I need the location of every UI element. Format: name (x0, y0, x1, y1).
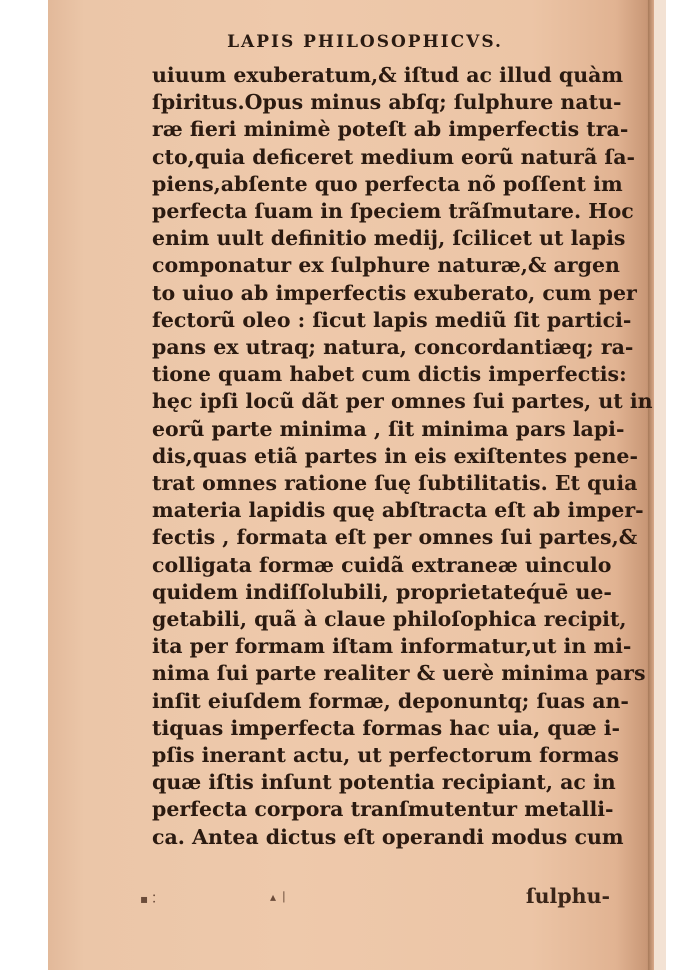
text-line: pſis inerant actu, ut perfectorum formas (152, 742, 610, 769)
text-line: eorũ parte minima , ſit minima pars lapi… (152, 416, 610, 443)
signature-mark: ▴ ᛁ (270, 890, 287, 904)
text-line: getabili, quã à claue philoſophica recip… (152, 606, 610, 633)
signature-mark: ▪︰ (140, 890, 160, 907)
text-line: ita per formam iſtam informatur,ut in mi… (152, 633, 610, 660)
text-line: uiuum exuberatum,& iſtud ac illud quàm (152, 62, 610, 89)
text-line: pans ex utraq; natura, concordantiæq; ra… (152, 334, 610, 361)
text-line: ræ fieri minimè poteſt ab imperfectis tr… (152, 116, 610, 143)
text-line: nima ſui parte realiter & uerè minima pa… (152, 660, 610, 687)
text-line: perfecta corpora tranſmutentur metalli- (152, 796, 610, 823)
text-line: cto,quia deficeret medium eorũ naturã ſa… (152, 144, 610, 171)
text-line: piens,abſente quo perfecta nõ poſſent im (152, 171, 610, 198)
text-line: hęc ipſi locũ dãt per omnes ſui partes, … (152, 388, 610, 415)
text-line: colligata formæ cuidã extraneæ uinculo (152, 552, 610, 579)
text-line: to uiuo ab imperfectis exuberato, cum pe… (152, 280, 610, 307)
text-line: tione quam habet cum dictis imperfectis: (152, 361, 610, 388)
page-footer: ▪︰ ▴ ᛁ ſulphu- (140, 884, 610, 914)
adjacent-page-edge: l i t l l r a t I u r i p f n i u c m l … (654, 0, 666, 970)
text-line: fectorũ oleo : ſicut lapis mediũ ſit par… (152, 307, 610, 334)
running-head: LAPIS PHILOSOPHICVS. (0, 32, 690, 52)
text-line: materia lapidis quę abſtracta eſt ab imp… (152, 497, 610, 524)
text-line: quæ iſtis inſunt potentia recipiant, ac … (152, 769, 610, 796)
text-line: trat omnes ratione ſuę ſubtilitatis. Et … (152, 470, 610, 497)
text-line: dis,quas etiã partes in eis exiſtentes p… (152, 443, 610, 470)
text-line: inſit eiuſdem formæ, deponuntq; ſuas an- (152, 688, 610, 715)
text-line: enim uult definitio medij, ſcilicet ut l… (152, 225, 610, 252)
text-line: tiquas imperfecta formas hac uia, quæ i- (152, 715, 610, 742)
text-line: fectis , formata eſt per omnes ſui parte… (152, 524, 610, 551)
text-line: ſpiritus.Opus minus abſq; ſulphure natu- (152, 89, 610, 116)
page-body-text: uiuum exuberatum,& iſtud ac illud quàm ſ… (152, 62, 610, 851)
catchword: ſulphu- (526, 884, 610, 908)
text-line: ca. Antea dictus eſt operandi modus cum (152, 824, 610, 851)
text-line: perfecta ſuam in ſpeciem trãſmutare. Hoc (152, 198, 610, 225)
text-line: componatur ex ſulphure naturæ,& argen (152, 252, 610, 279)
text-line: quidem indiſſolubili, proprietateq́uē ue… (152, 579, 610, 606)
